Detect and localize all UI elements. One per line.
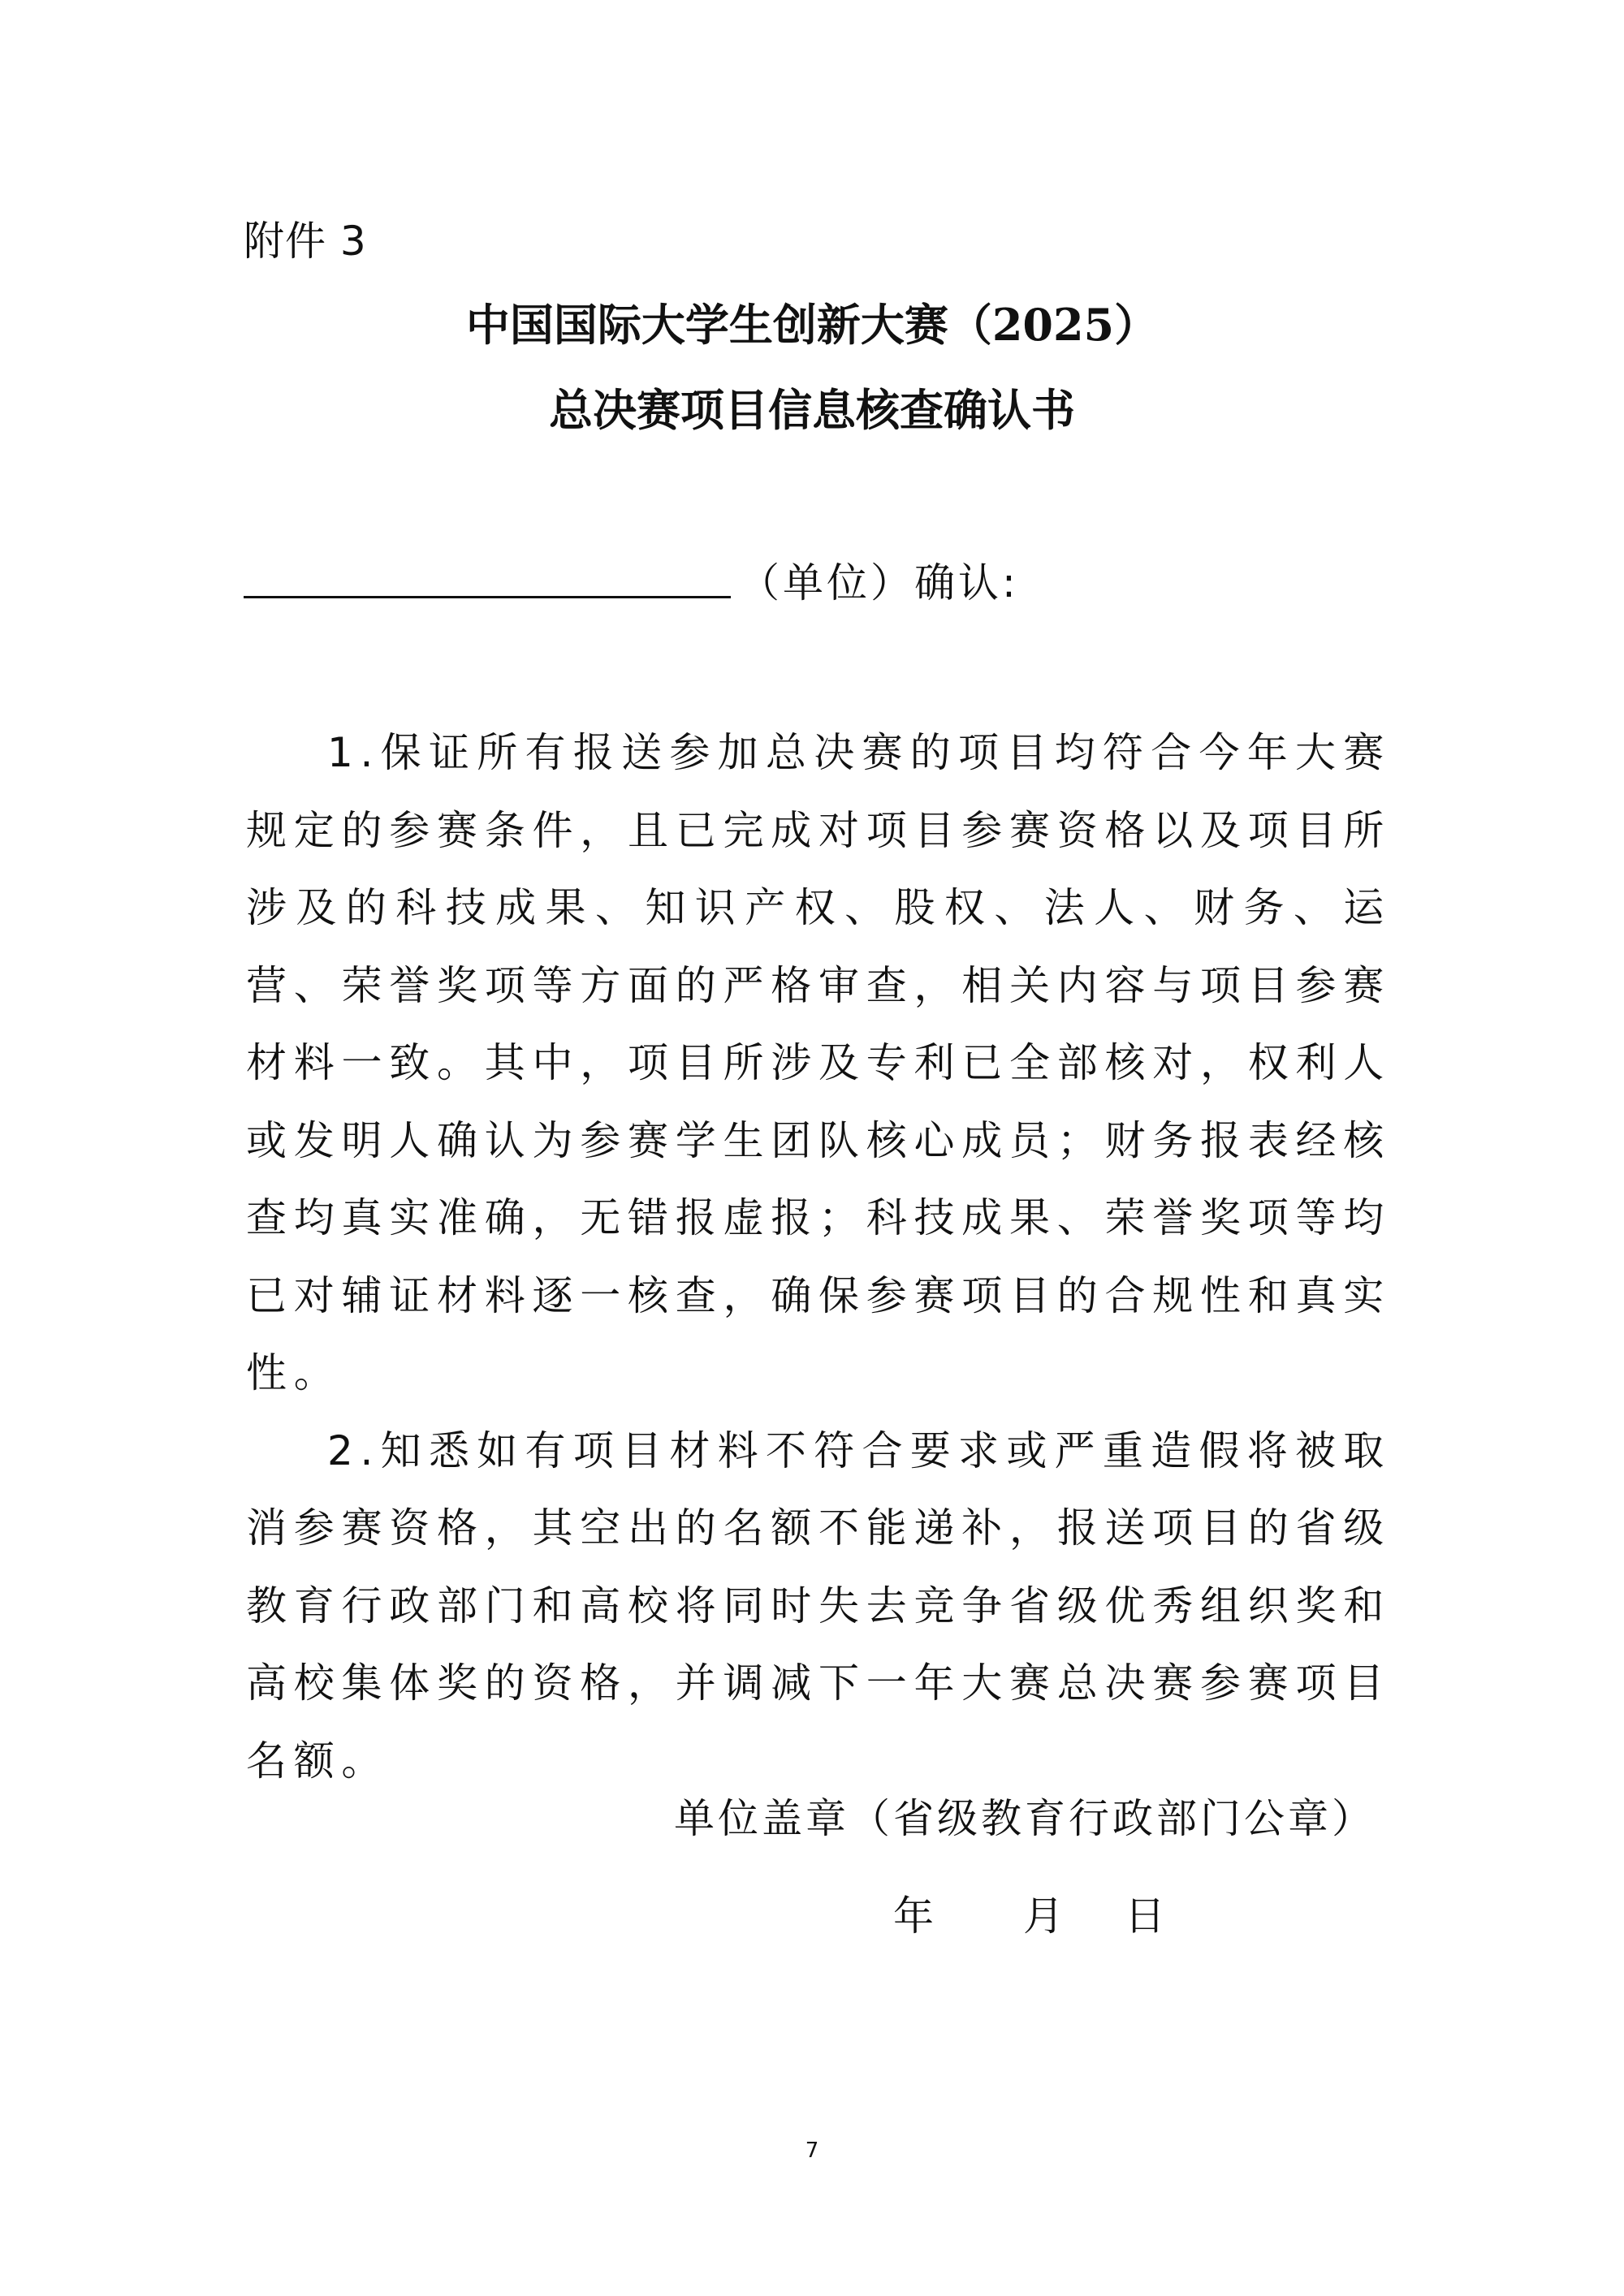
paragraph-1: 1.保证所有报送参加总决赛的项目均符合今年大赛规定的参赛条件，且已完成对项目参赛… [246, 714, 1391, 1413]
date-year-label: 年 [893, 1888, 1023, 1944]
document-body: 1.保证所有报送参加总决赛的项目均符合今年大赛规定的参赛条件，且已完成对项目参赛… [246, 714, 1391, 1800]
unit-name-blank [244, 596, 731, 598]
page-number: 7 [0, 2137, 1624, 2164]
seal-signature-line: 单位盖章（省级教育行政部门公章） [674, 1790, 1376, 1847]
paragraph-2: 2.知悉如有项目材料不符合要求或严重造假将被取消参赛资格，其空出的名额不能递补，… [246, 1413, 1391, 1801]
document-title-line-1: 中国国际大学生创新大赛（2025） [0, 296, 1624, 353]
date-month-label: 月 [1023, 1888, 1125, 1944]
unit-confirmation-line: （单位）确认: [244, 555, 1019, 611]
document-page: 附件 3 中国国际大学生创新大赛（2025） 总决赛项目信息核查确认书 （单位）… [0, 0, 1624, 2296]
attachment-label: 附件 3 [244, 213, 367, 270]
unit-confirmation-label: （单位）确认: [739, 555, 1019, 611]
document-title-line-2: 总决赛项目信息核查确认书 [0, 382, 1624, 438]
date-day-label: 日 [1125, 1888, 1165, 1944]
date-line: 年 月 日 [893, 1888, 1165, 1944]
